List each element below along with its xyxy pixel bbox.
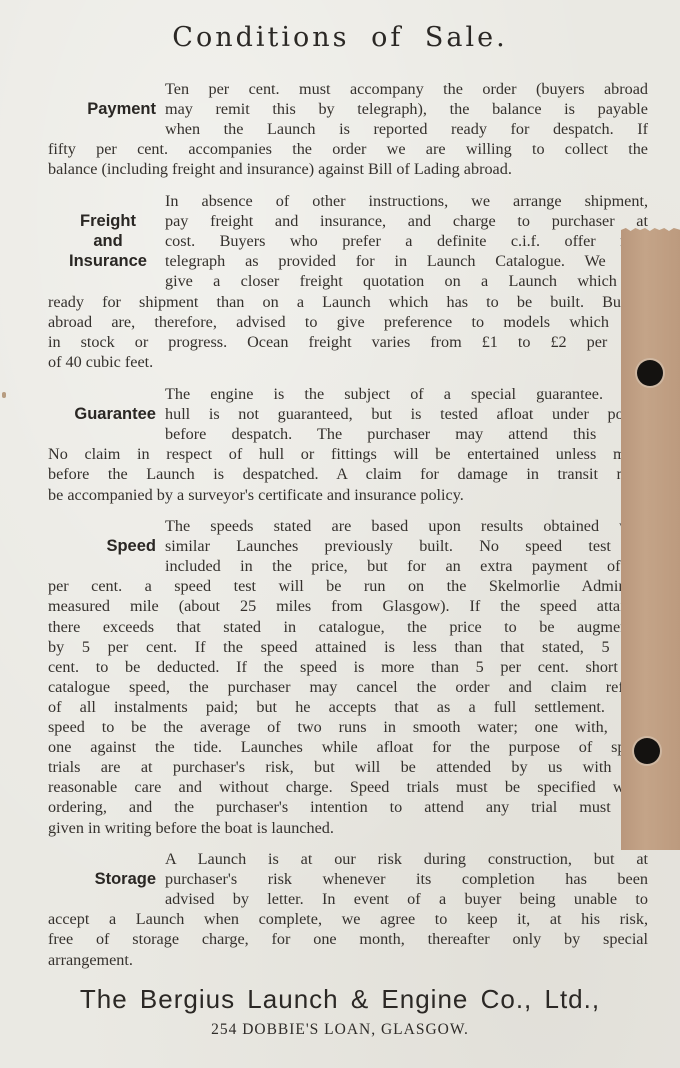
body-text-line: by 5 per cent. If the speed attained is … xyxy=(48,637,648,657)
punch-hole xyxy=(634,738,660,764)
body-text-line: before despatch. The purchaser may atten… xyxy=(165,424,648,444)
body-text-line: telegraph as provided for in Launch Cata… xyxy=(165,251,648,271)
body-text-line: similar Launches previously built. No sp… xyxy=(165,536,648,556)
body-text-line: reasonable care and without charge. Spee… xyxy=(48,777,648,797)
section-label: Guarantee xyxy=(48,404,156,424)
body-text-line: purchaser's risk whenever its completion… xyxy=(165,869,648,889)
body-text-line: No claim in respect of hull or fittings … xyxy=(48,444,648,464)
body-text-line: cent. to be deducted. If the speed is mo… xyxy=(48,657,648,677)
body-text-line: of 40 cubic feet. xyxy=(48,352,648,372)
body-text-line: balance (including freight and insurance… xyxy=(48,159,648,179)
body-text-line: there exceeds that stated in catalogue, … xyxy=(48,617,648,637)
body-text-line: in stock or progress. Ocean freight vari… xyxy=(48,332,648,352)
body-text-line: give a closer freight quotation on a Lau… xyxy=(165,271,648,291)
section-label: Payment xyxy=(48,99,156,119)
section-label: Storage xyxy=(48,869,156,889)
body-text-line: speed to be the average of two runs in s… xyxy=(48,717,648,737)
body-text-line: abroad are, therefore, advised to give p… xyxy=(48,312,648,332)
section-label: and xyxy=(54,231,162,251)
body-text-line: Ten per cent. must accompany the order (… xyxy=(165,79,648,99)
body-text-line: A Launch is at our risk during construct… xyxy=(165,849,648,869)
punch-hole xyxy=(637,360,663,386)
section-label: Freight xyxy=(54,211,162,231)
paper-mark xyxy=(2,392,6,398)
body-text-line: accept a Launch when complete, we agree … xyxy=(48,909,648,929)
page-title: Conditions of Sale. xyxy=(0,22,680,53)
document-page: Conditions of Sale. PaymentTen per cent.… xyxy=(0,0,680,1068)
body-text-line: when the Launch is reported ready for de… xyxy=(165,119,648,139)
body-text-line: per cent. a speed test will be run on th… xyxy=(48,576,648,596)
body-text-line: before the Launch is despatched. A claim… xyxy=(48,464,648,484)
body-text-line: The speeds stated are based upon results… xyxy=(165,516,648,536)
body-text-line: cost. Buyers who prefer a definite c.i.f… xyxy=(165,231,648,251)
body-text-line: be accompanied by a surveyor's certifica… xyxy=(48,485,648,505)
company-address: 254 DOBBIE'S LOAN, GLASGOW. xyxy=(0,1021,680,1039)
body-text-line: measured mile (about 25 miles from Glasg… xyxy=(48,596,648,616)
body-text-line: ordering, and the purchaser's intention … xyxy=(48,797,648,817)
body-text-line: included in the price, but for an extra … xyxy=(165,556,648,576)
body-text-line: fifty per cent. accompanies the order we… xyxy=(48,139,648,159)
body-text-line: ready for shipment than on a Launch whic… xyxy=(48,292,648,312)
section-label: Speed xyxy=(48,536,156,556)
body-text-line: trials are at purchaser's risk, but will… xyxy=(48,757,648,777)
body-text-line: hull is not guaranteed, but is tested af… xyxy=(165,404,648,424)
body-text-line: pay freight and insurance, and charge to… xyxy=(165,211,648,231)
body-text-line: arrangement. xyxy=(48,950,648,970)
body-text-line: In absence of other instructions, we arr… xyxy=(165,191,648,211)
body-text-line: of all instalments paid; but he accepts … xyxy=(48,697,648,717)
body-text-line: advised by letter. In event of a buyer b… xyxy=(165,889,648,909)
company-name: The Bergius Launch & Engine Co., Ltd., xyxy=(0,984,680,1015)
body-text-line: free of storage charge, for one month, t… xyxy=(48,929,648,949)
body-text-line: The engine is the subject of a special g… xyxy=(165,384,648,404)
body-text-line: one against the tide. Launches while afl… xyxy=(48,737,648,757)
body-text-line: catalogue speed, the purchaser may cance… xyxy=(48,677,648,697)
body-text-line: may remit this by telegraph), the balanc… xyxy=(165,99,648,119)
section-label: Insurance xyxy=(54,251,162,271)
body-text-line: given in writing before the boat is laun… xyxy=(48,818,648,838)
